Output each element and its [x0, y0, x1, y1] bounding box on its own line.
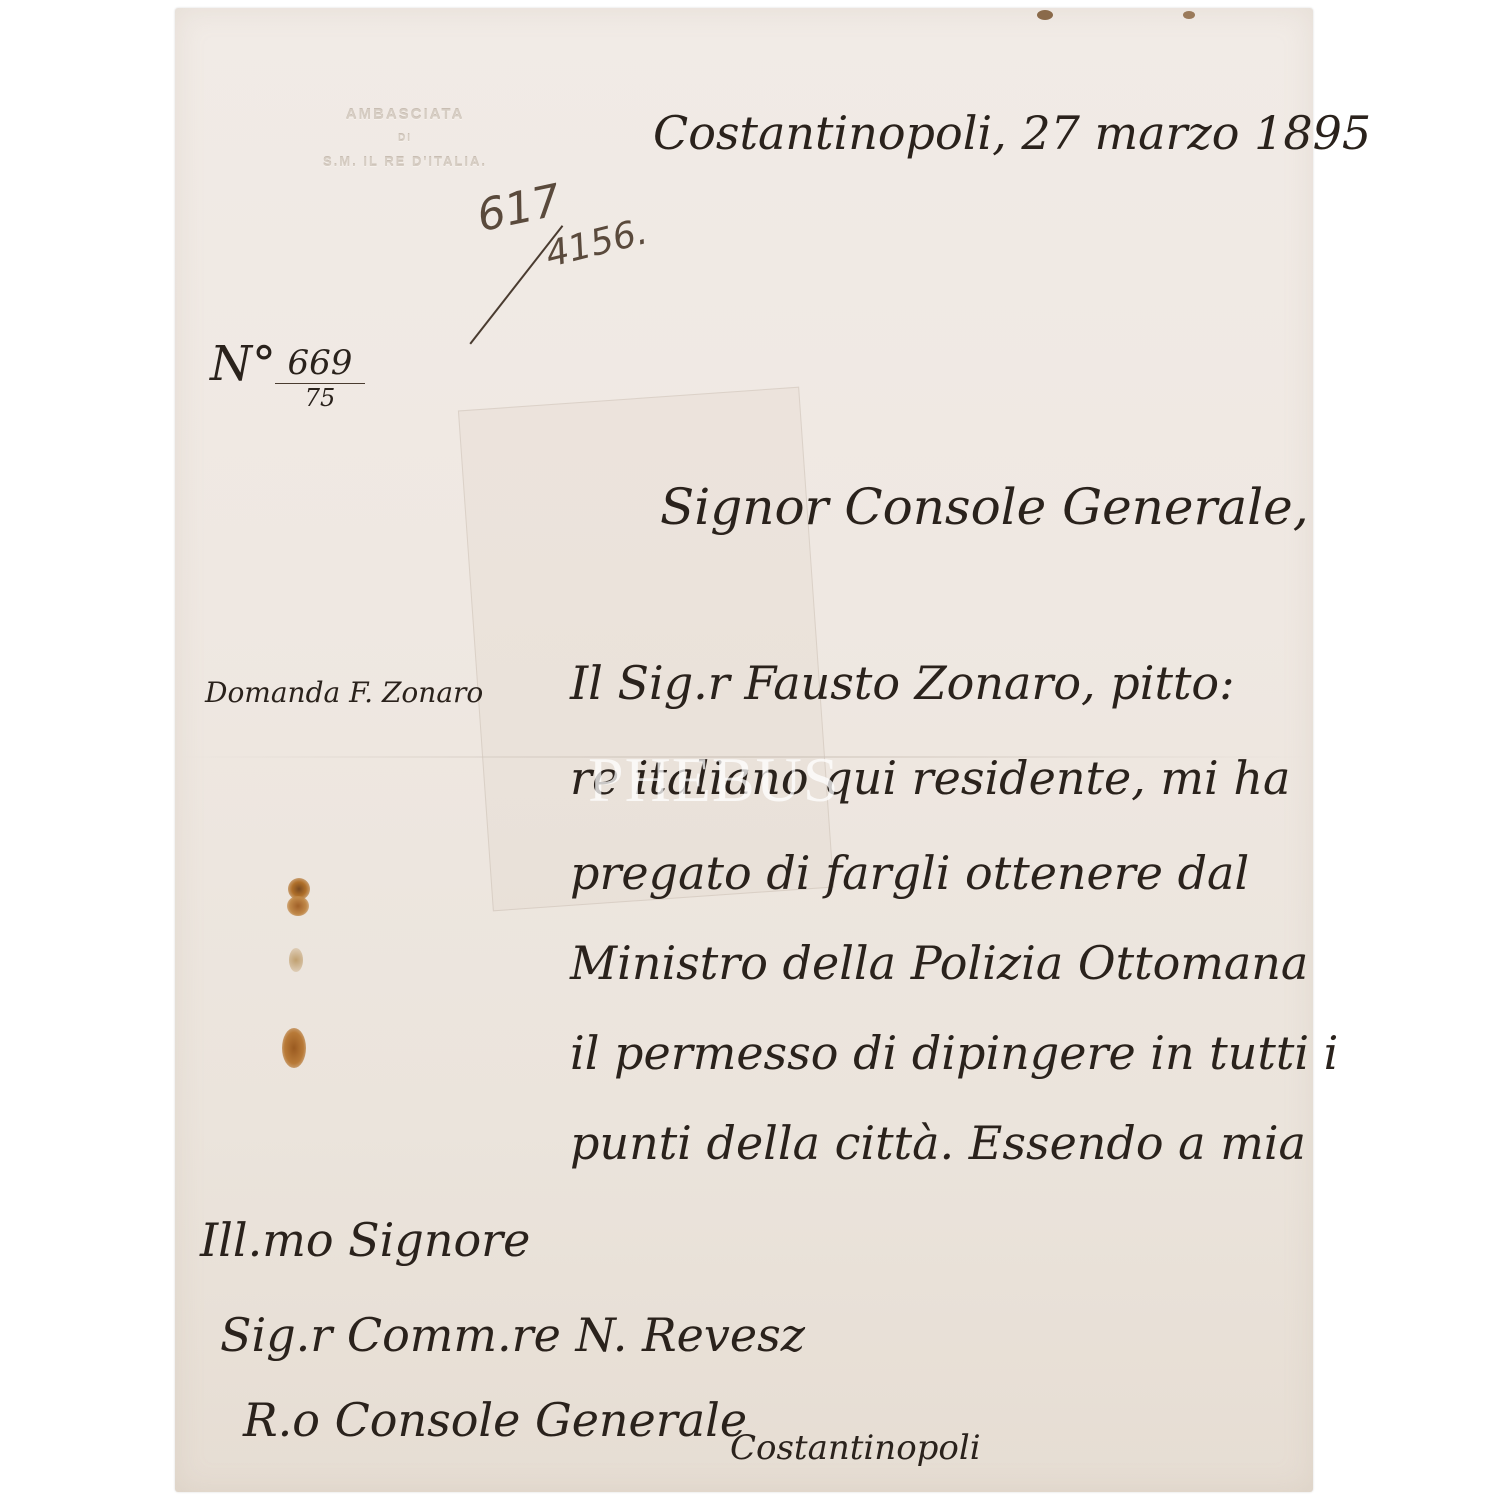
protocol-prefix: N°	[210, 336, 276, 392]
letterhead-line-2: DI	[285, 133, 525, 144]
body-line-4: Ministro della Polizia Ottomana	[570, 936, 1308, 990]
pencil-number-top: 617	[473, 175, 566, 242]
letterhead-line-1: AMBASCIATA	[285, 106, 525, 123]
addressee-line-3: R.o Console Generale	[243, 1393, 747, 1447]
letterhead: AMBASCIATA DI S.M. IL RE D'ITALIA.	[285, 106, 525, 169]
body-line-1: Il Sig.r Fausto Zonaro, pitto:	[570, 656, 1235, 710]
body-line-3: pregato di fargli ottenere dal	[570, 846, 1249, 900]
addressee-place: Costantinopoli	[730, 1428, 981, 1468]
addressee-line-2: Sig.r Comm.re N. Revesz	[220, 1308, 805, 1362]
edge-stain	[1037, 10, 1053, 20]
body-line-6: punti della città. Essendo a mia	[570, 1116, 1306, 1170]
protocol-number-bottom: 75	[275, 384, 365, 412]
rust-stain	[287, 896, 309, 916]
rust-stain	[289, 948, 303, 972]
watermark: PHEBUS	[588, 743, 839, 817]
body-line-5: il permesso di dipingere in tutti i	[570, 1026, 1338, 1080]
protocol-number: 669 75	[275, 343, 365, 412]
protocol-number-top: 669	[275, 343, 365, 383]
salutation: Signor Console Generale,	[660, 478, 1309, 536]
place-date: Costantinopoli, 27 marzo 1895	[653, 106, 1371, 160]
margin-note: Domanda F. Zonaro	[205, 676, 483, 709]
letter-paper: AMBASCIATA DI S.M. IL RE D'ITALIA. Costa…	[175, 8, 1313, 1492]
rust-stain	[282, 1028, 306, 1068]
edge-stain	[1183, 11, 1195, 19]
show-through-rectangle	[458, 387, 834, 912]
letterhead-line-3: S.M. IL RE D'ITALIA.	[285, 154, 525, 169]
addressee-line-1: Ill.mo Signore	[200, 1213, 530, 1267]
